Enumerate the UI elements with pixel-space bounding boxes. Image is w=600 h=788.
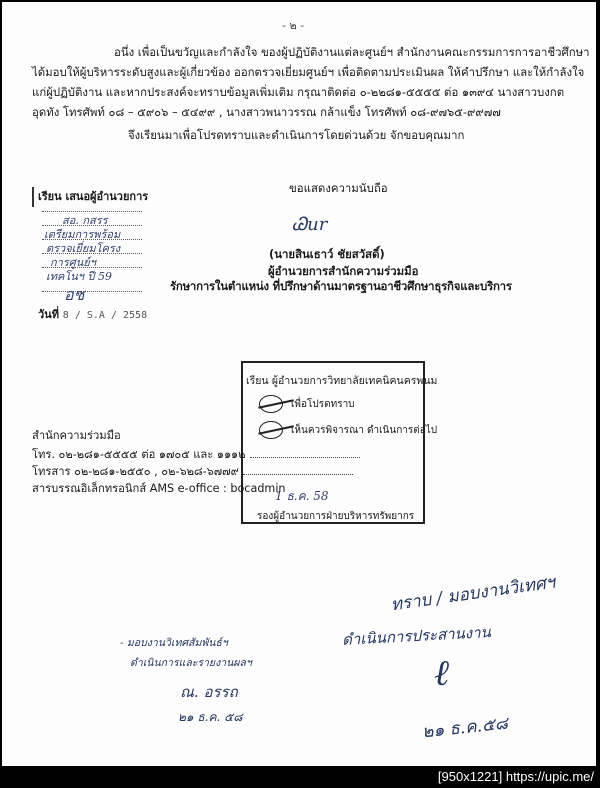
body-paragraph: อนึ่ง เพื่อเป็นขวัญและกำลังใจ ของผู้ปฏิบ… (32, 42, 592, 122)
handwritten-note: - มอบงานวิเทศสัมพันธ์ฯ (120, 634, 228, 651)
date-label: วันที่ (38, 308, 59, 321)
closing-sentence: จึงเรียนมาเพื่อโปรดทราบและดำเนินการโดยด่… (128, 127, 464, 145)
eoffice-line: สารบรรณอิเล็กทรอนิกส์ AMS e-office : boc… (32, 480, 360, 497)
handwritten-date: ๒๑ ธ.ค.๕๘ (421, 710, 509, 746)
signer-name: (นายสินเธาว์ ชัยสวัสดิ์) (269, 246, 385, 264)
dotted-line (42, 291, 142, 292)
body-line: แก่ผู้ปฏิบัติงาน และหากประสงค์จะทราบข้อม… (32, 82, 592, 102)
dotted-line (250, 457, 360, 458)
circled-check-icon (259, 395, 283, 413)
watermark: [950x1221] https://upic.me/ (438, 769, 594, 784)
stamp-footer: รองผู้อำนวยการฝ่ายบริหารทรัพยากร (257, 509, 414, 524)
body-line: อนึ่ง เพื่อเป็นขวัญและกำลังใจ ของผู้ปฏิบ… (32, 42, 592, 62)
respect-line: ขอแสดงความนับถือ (289, 180, 388, 198)
fax-line: โทรสาร ๐๒-๒๘๑-๒๕๕๐ , ๐๒-๖๒๘-๖๗๗๙ (32, 463, 360, 480)
body-line: อุดทัง โทรศัพท์ ๐๘ – ๕๙๐๖ – ๕๔๙๙ , นางสา… (32, 102, 592, 122)
handwritten-note: ดำเนินการและรายงานผลฯ (130, 654, 252, 671)
stamp-heading: เรียน ผู้อำนวยการวิทยาลัยเทคนิคนครพนม (246, 372, 437, 389)
director-signature: Ꮚur (292, 214, 327, 235)
stamp-option: เพื่อโปรดทราบ (259, 395, 355, 413)
document-page: - ๒ - อนึ่ง เพื่อเป็นขวัญและกำลังใจ ของผ… (2, 2, 596, 766)
date-value: 8 / S.A / 2558 (63, 310, 147, 321)
handwritten-date: ๒๑ ธ.ค. ๕๘ (178, 708, 242, 727)
handwritten-signature-loop: ℓ (434, 652, 449, 694)
body-line: ได้มอบให้ผู้บริหารระดับสูงและผู้เกี่ยวข้… (32, 62, 592, 82)
note-margin-bar (32, 187, 34, 207)
image-footer-band: [950x1221] https://upic.me/ (0, 768, 600, 788)
phone-line: โทร. ๐๒-๒๘๑-๕๕๕๕ ต่อ ๑๗๐๕ และ ๑๑๑๒ (32, 446, 360, 463)
handwritten-signature: ณ. อรรถ (180, 680, 238, 704)
handwritten-note: ทราบ / มอบงานวิเทศฯ (389, 569, 557, 619)
dotted-line (243, 474, 353, 475)
handwritten-note: ดำเนินการประสานงาน (341, 620, 491, 652)
contact-block: สำนักความร่วมมือ โทร. ๐๒-๒๘๑-๕๕๕๕ ต่อ ๑๗… (32, 427, 360, 497)
note-date: วันที่ 8 / S.A / 2558 (38, 305, 147, 323)
office-name: สำนักความร่วมมือ (32, 427, 360, 444)
page-number: - ๒ - (282, 16, 304, 34)
signer-acting-position: รักษาการในตำแหน่ง ที่ปรึกษาด้านมาตรฐานอา… (170, 278, 512, 296)
note-heading: เรียน เสนอผู้อำนวยการ (38, 187, 148, 205)
